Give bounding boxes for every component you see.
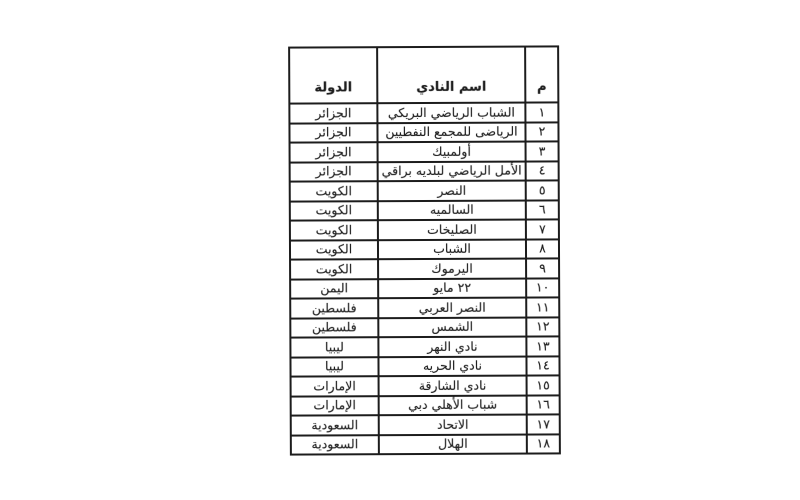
cell-country: السعودية: [291, 415, 379, 435]
cell-country: فلسطين: [290, 318, 378, 338]
cell-number: ١٧: [527, 414, 560, 434]
header-cell-club-name: اسم النادي: [377, 47, 525, 104]
table-row: ٣أولمبيكالجزائر: [290, 141, 559, 162]
table-row: ١٤نادي الحريهليبيا: [290, 356, 559, 377]
cell-country: السعودية: [291, 435, 379, 455]
cell-country: اليمن: [290, 279, 378, 299]
cell-club: الرياضى للمجمع النفطيين: [377, 122, 525, 142]
cell-number: ١: [525, 102, 558, 122]
cell-country: الجزائر: [290, 162, 378, 182]
table-header-row: م اسم النادي الدولة: [289, 46, 558, 103]
table-body: ١الشباب الرياضي البريكيالجزائر٢الرياضى ل…: [289, 102, 560, 454]
cell-number: ٧: [526, 219, 559, 239]
table-row: ١٧الاتحادالسعودية: [291, 414, 560, 435]
table-row: ١١النصر العربيفلسطين: [290, 297, 559, 318]
header-cell-country: الدولة: [289, 47, 377, 103]
cell-country: الكويت: [290, 181, 378, 201]
cell-country: ليبيا: [290, 357, 378, 377]
table-row: ٢الرياضى للمجمع النفطيينالجزائر: [289, 122, 558, 143]
cell-number: ١٦: [527, 395, 560, 415]
cell-country: الإمارات: [291, 376, 379, 396]
cell-country: الكويت: [290, 220, 378, 240]
cell-number: ٥: [526, 180, 559, 200]
cell-country: الكويت: [290, 201, 378, 221]
cell-club: الشمس: [378, 317, 526, 337]
cell-number: ٦: [526, 200, 559, 220]
cell-number: ١٢: [526, 317, 559, 337]
cell-number: ٣: [526, 141, 559, 161]
clubs-table: م اسم النادي الدولة ١الشباب الرياضي البر…: [288, 45, 561, 455]
table-row: ١٨الهلالالسعودية: [291, 434, 560, 455]
table-row: ٩اليرموكالكويت: [290, 258, 559, 279]
cell-number: ١٤: [526, 356, 559, 376]
cell-number: ٤: [526, 161, 559, 181]
table-row: ٥النصرالكويت: [290, 180, 559, 201]
cell-number: ٢: [525, 122, 558, 142]
cell-country: الجزائر: [289, 123, 377, 143]
table-row: ٦السالميهالكويت: [290, 200, 559, 221]
cell-country: الكويت: [290, 240, 378, 260]
cell-club: الشباب: [378, 239, 526, 259]
table-row: ١٥نادي الشارقةالإمارات: [291, 375, 560, 396]
scanned-document-page: م اسم النادي الدولة ١الشباب الرياضي البر…: [0, 0, 800, 500]
table-row: ١٦شباب الأهلي دبيالإمارات: [291, 395, 560, 416]
cell-club: الصليخات: [378, 220, 526, 240]
cell-club: الهلال: [379, 434, 527, 454]
cell-number: ١١: [526, 297, 559, 317]
cell-country: فلسطين: [290, 298, 378, 318]
cell-number: ٨: [526, 239, 559, 259]
cell-country: الكويت: [290, 259, 378, 279]
cell-club: نادي النهر: [378, 337, 526, 357]
cell-club: الأمل الرياضي لبلديه براقي: [378, 161, 526, 181]
cell-club: نادي الحريه: [378, 356, 526, 376]
cell-country: الجزائر: [290, 142, 378, 162]
table-row: ١٠٢٢ مايواليمن: [290, 278, 559, 299]
cell-club: نادي الشارقة: [379, 376, 527, 396]
cell-number: ١٠: [526, 278, 559, 298]
cell-club: شباب الأهلي دبي: [379, 395, 527, 415]
cell-club: الاتحاد: [379, 415, 527, 435]
cell-club: الشباب الرياضي البريكي: [377, 103, 525, 123]
cell-number: ١٥: [527, 375, 560, 395]
table-row: ٧الصليخاتالكويت: [290, 219, 559, 240]
cell-club: ٢٢ مايو: [378, 278, 526, 298]
cell-country: الجزائر: [289, 103, 377, 123]
cell-club: النصر: [378, 181, 526, 201]
header-cell-number: م: [525, 46, 558, 102]
clubs-table-container: م اسم النادي الدولة ١الشباب الرياضي البر…: [288, 45, 559, 455]
table-row: ٤الأمل الرياضي لبلديه براقيالجزائر: [290, 161, 559, 182]
cell-country: الإمارات: [291, 396, 379, 416]
cell-club: اليرموك: [378, 259, 526, 279]
table-row: ١الشباب الرياضي البريكيالجزائر: [289, 102, 558, 123]
cell-number: ١٣: [526, 336, 559, 356]
cell-number: ٩: [526, 258, 559, 278]
table-row: ١٣نادي النهرليبيا: [290, 336, 559, 357]
cell-club: أولمبيك: [378, 142, 526, 162]
table-row: ١٢الشمسفلسطين: [290, 317, 559, 338]
table-row: ٨الشبابالكويت: [290, 239, 559, 260]
cell-club: النصر العربي: [378, 298, 526, 318]
cell-country: ليبيا: [290, 337, 378, 357]
cell-number: ١٨: [527, 434, 560, 454]
cell-club: السالميه: [378, 200, 526, 220]
